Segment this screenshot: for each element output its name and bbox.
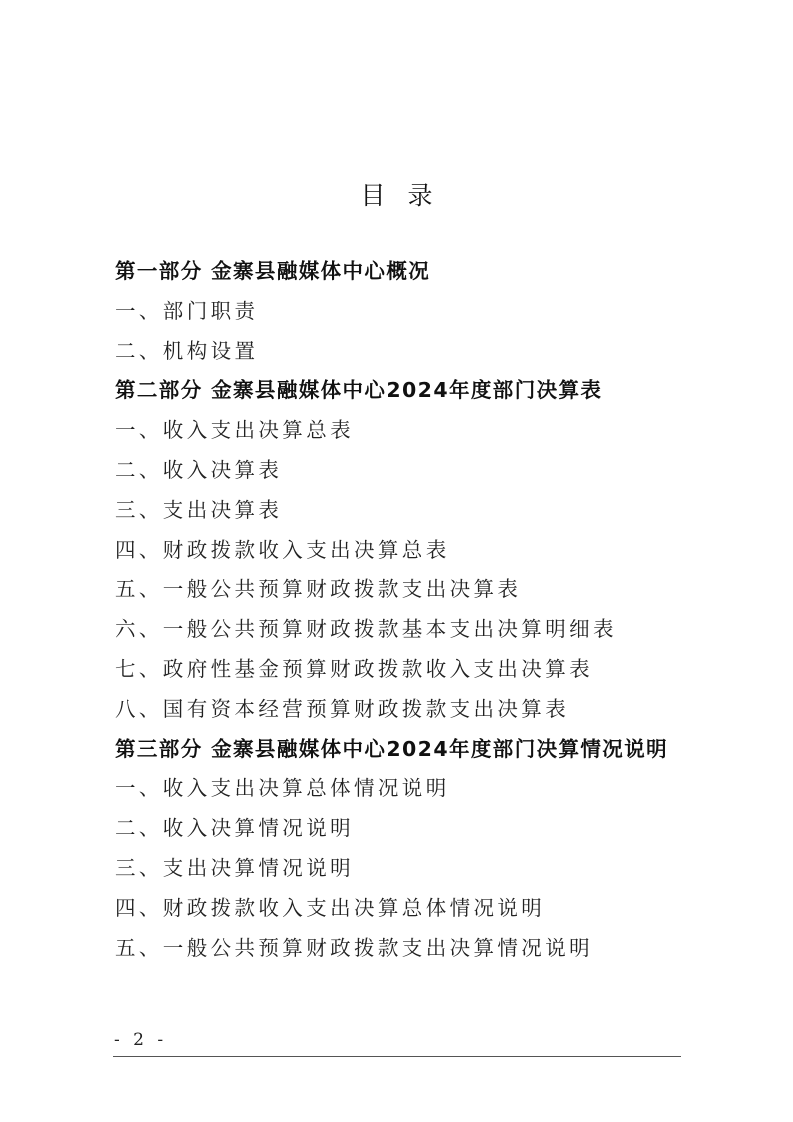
toc-item[interactable]: 二、机构设置	[115, 332, 685, 372]
toc-item[interactable]: 三、支出决算情况说明	[115, 849, 685, 889]
toc-item[interactable]: 一、收入支出决算总表	[115, 411, 685, 451]
toc-part-2[interactable]: 第二部分 金寨县融媒体中心2024年度部门决算表	[115, 371, 685, 411]
toc-item[interactable]: 四、财政拨款收入支出决算总表	[115, 531, 685, 571]
toc-item[interactable]: 七、政府性基金预算财政拨款收入支出决算表	[115, 650, 685, 690]
footer-divider	[113, 1056, 681, 1057]
toc-item[interactable]: 八、国有资本经营预算财政拨款支出决算表	[115, 690, 685, 730]
toc-part-3[interactable]: 第三部分 金寨县融媒体中心2024年度部门决算情况说明	[115, 730, 685, 770]
toc-item[interactable]: 五、一般公共预算财政拨款支出决算情况说明	[115, 929, 685, 969]
toc-item[interactable]: 一、收入支出决算总体情况说明	[115, 769, 685, 809]
toc-item[interactable]: 二、收入决算表	[115, 451, 685, 491]
toc-item[interactable]: 一、部门职责	[115, 292, 685, 332]
page-number: - 2 -	[114, 1030, 167, 1050]
toc-part-1[interactable]: 第一部分 金寨县融媒体中心概况	[115, 252, 685, 292]
table-of-contents: 第一部分 金寨县融媒体中心概况 一、部门职责 二、机构设置 第二部分 金寨县融媒…	[115, 252, 685, 968]
toc-item[interactable]: 六、一般公共预算财政拨款基本支出决算明细表	[115, 610, 685, 650]
toc-item[interactable]: 二、收入决算情况说明	[115, 809, 685, 849]
toc-item[interactable]: 四、财政拨款收入支出决算总体情况说明	[115, 889, 685, 929]
toc-item[interactable]: 五、一般公共预算财政拨款支出决算表	[115, 570, 685, 610]
toc-item[interactable]: 三、支出决算表	[115, 491, 685, 531]
page-title: 目录	[0, 176, 793, 212]
